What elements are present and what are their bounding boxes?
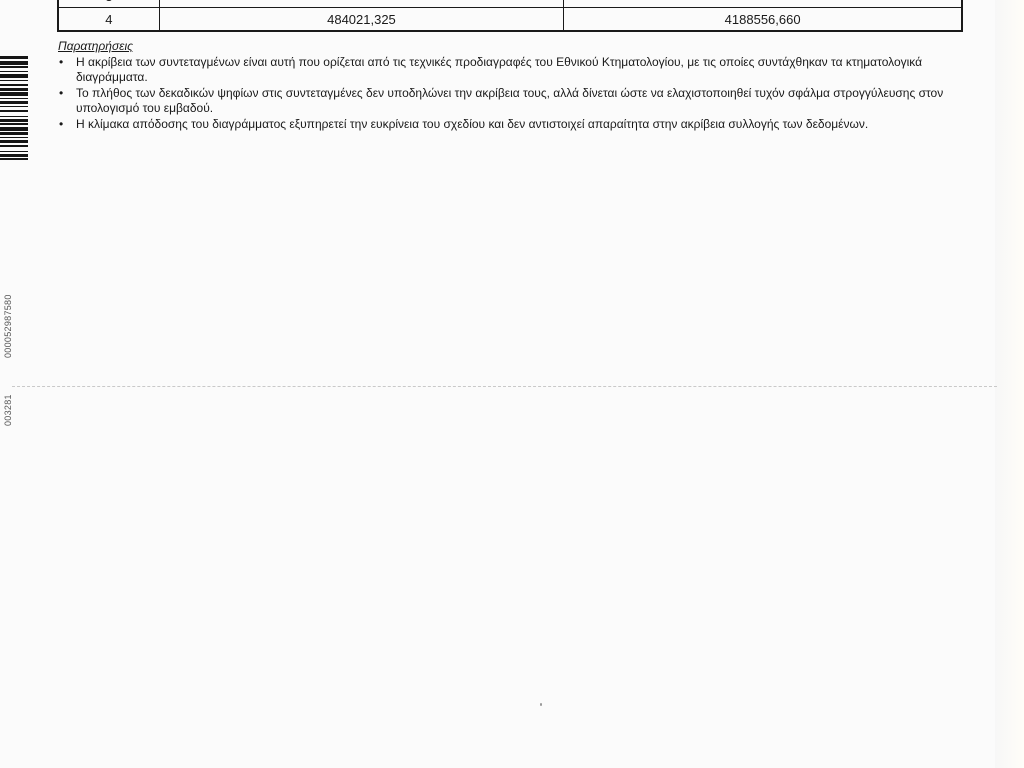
point-id-cell: 4 [58, 8, 159, 32]
x-coordinate-cell: 484021,325 [159, 8, 564, 32]
note-item: • Η κλίμακα απόδοσης του διαγράμματος εξ… [58, 117, 958, 133]
notes-title: Παρατηρήσεις [58, 39, 958, 55]
note-item: • Η ακρίβεια των συντεταγμένων είναι αυτ… [58, 55, 958, 86]
x-coordinate-cell [159, 0, 564, 8]
bullet-icon: • [59, 117, 63, 133]
point-id-cell: 3 [58, 0, 159, 8]
note-text: Η κλίμακα απόδοσης του διαγράμματος εξυπ… [76, 117, 868, 131]
table-row: 3 [58, 0, 962, 8]
scan-speck [540, 703, 542, 706]
bullet-icon: • [59, 86, 63, 102]
barcode-icon [0, 56, 28, 208]
scan-edge-shade [995, 0, 1024, 768]
notes-section: Παρατηρήσεις • Η ακρίβεια των συντεταγμέ… [58, 39, 958, 132]
document-serial-number: 000052987580 [3, 294, 13, 358]
note-text: Η ακρίβεια των συντεταγμένων είναι αυτή … [76, 55, 922, 85]
note-item: • Το πλήθος των δεκαδικών ψηφίων στις συ… [58, 86, 958, 117]
coordinates-table: 3 4 484021,325 4188556,660 [57, 0, 963, 32]
page-code: 003281 [3, 394, 13, 426]
y-coordinate-cell: 4188556,660 [564, 8, 962, 32]
table-row: 4 484021,325 4188556,660 [58, 8, 962, 32]
notes-list: • Η ακρίβεια των συντεταγμένων είναι αυτ… [58, 55, 958, 133]
bullet-icon: • [59, 55, 63, 71]
note-text: Το πλήθος των δεκαδικών ψηφίων στις συντ… [76, 86, 943, 116]
paper-fold-line [12, 386, 997, 387]
y-coordinate-cell [564, 0, 962, 8]
